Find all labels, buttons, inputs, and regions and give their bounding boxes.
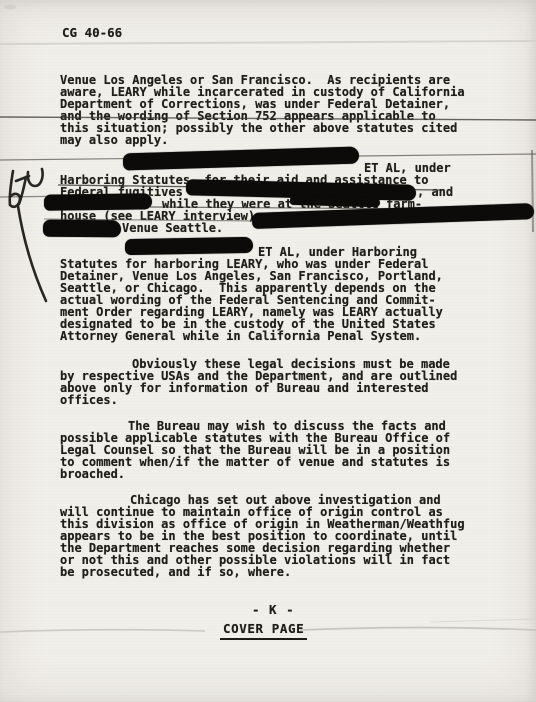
redaction-bar xyxy=(125,237,253,255)
document-page: CG 40-66 Venue Los Angeles or San Franci… xyxy=(0,0,536,702)
redaction-bar xyxy=(290,196,380,207)
redaction-bar xyxy=(252,203,534,229)
redaction-bar xyxy=(44,193,152,211)
redaction-layer xyxy=(0,0,536,702)
redaction-bar xyxy=(123,147,359,171)
redaction-bar xyxy=(43,220,121,238)
